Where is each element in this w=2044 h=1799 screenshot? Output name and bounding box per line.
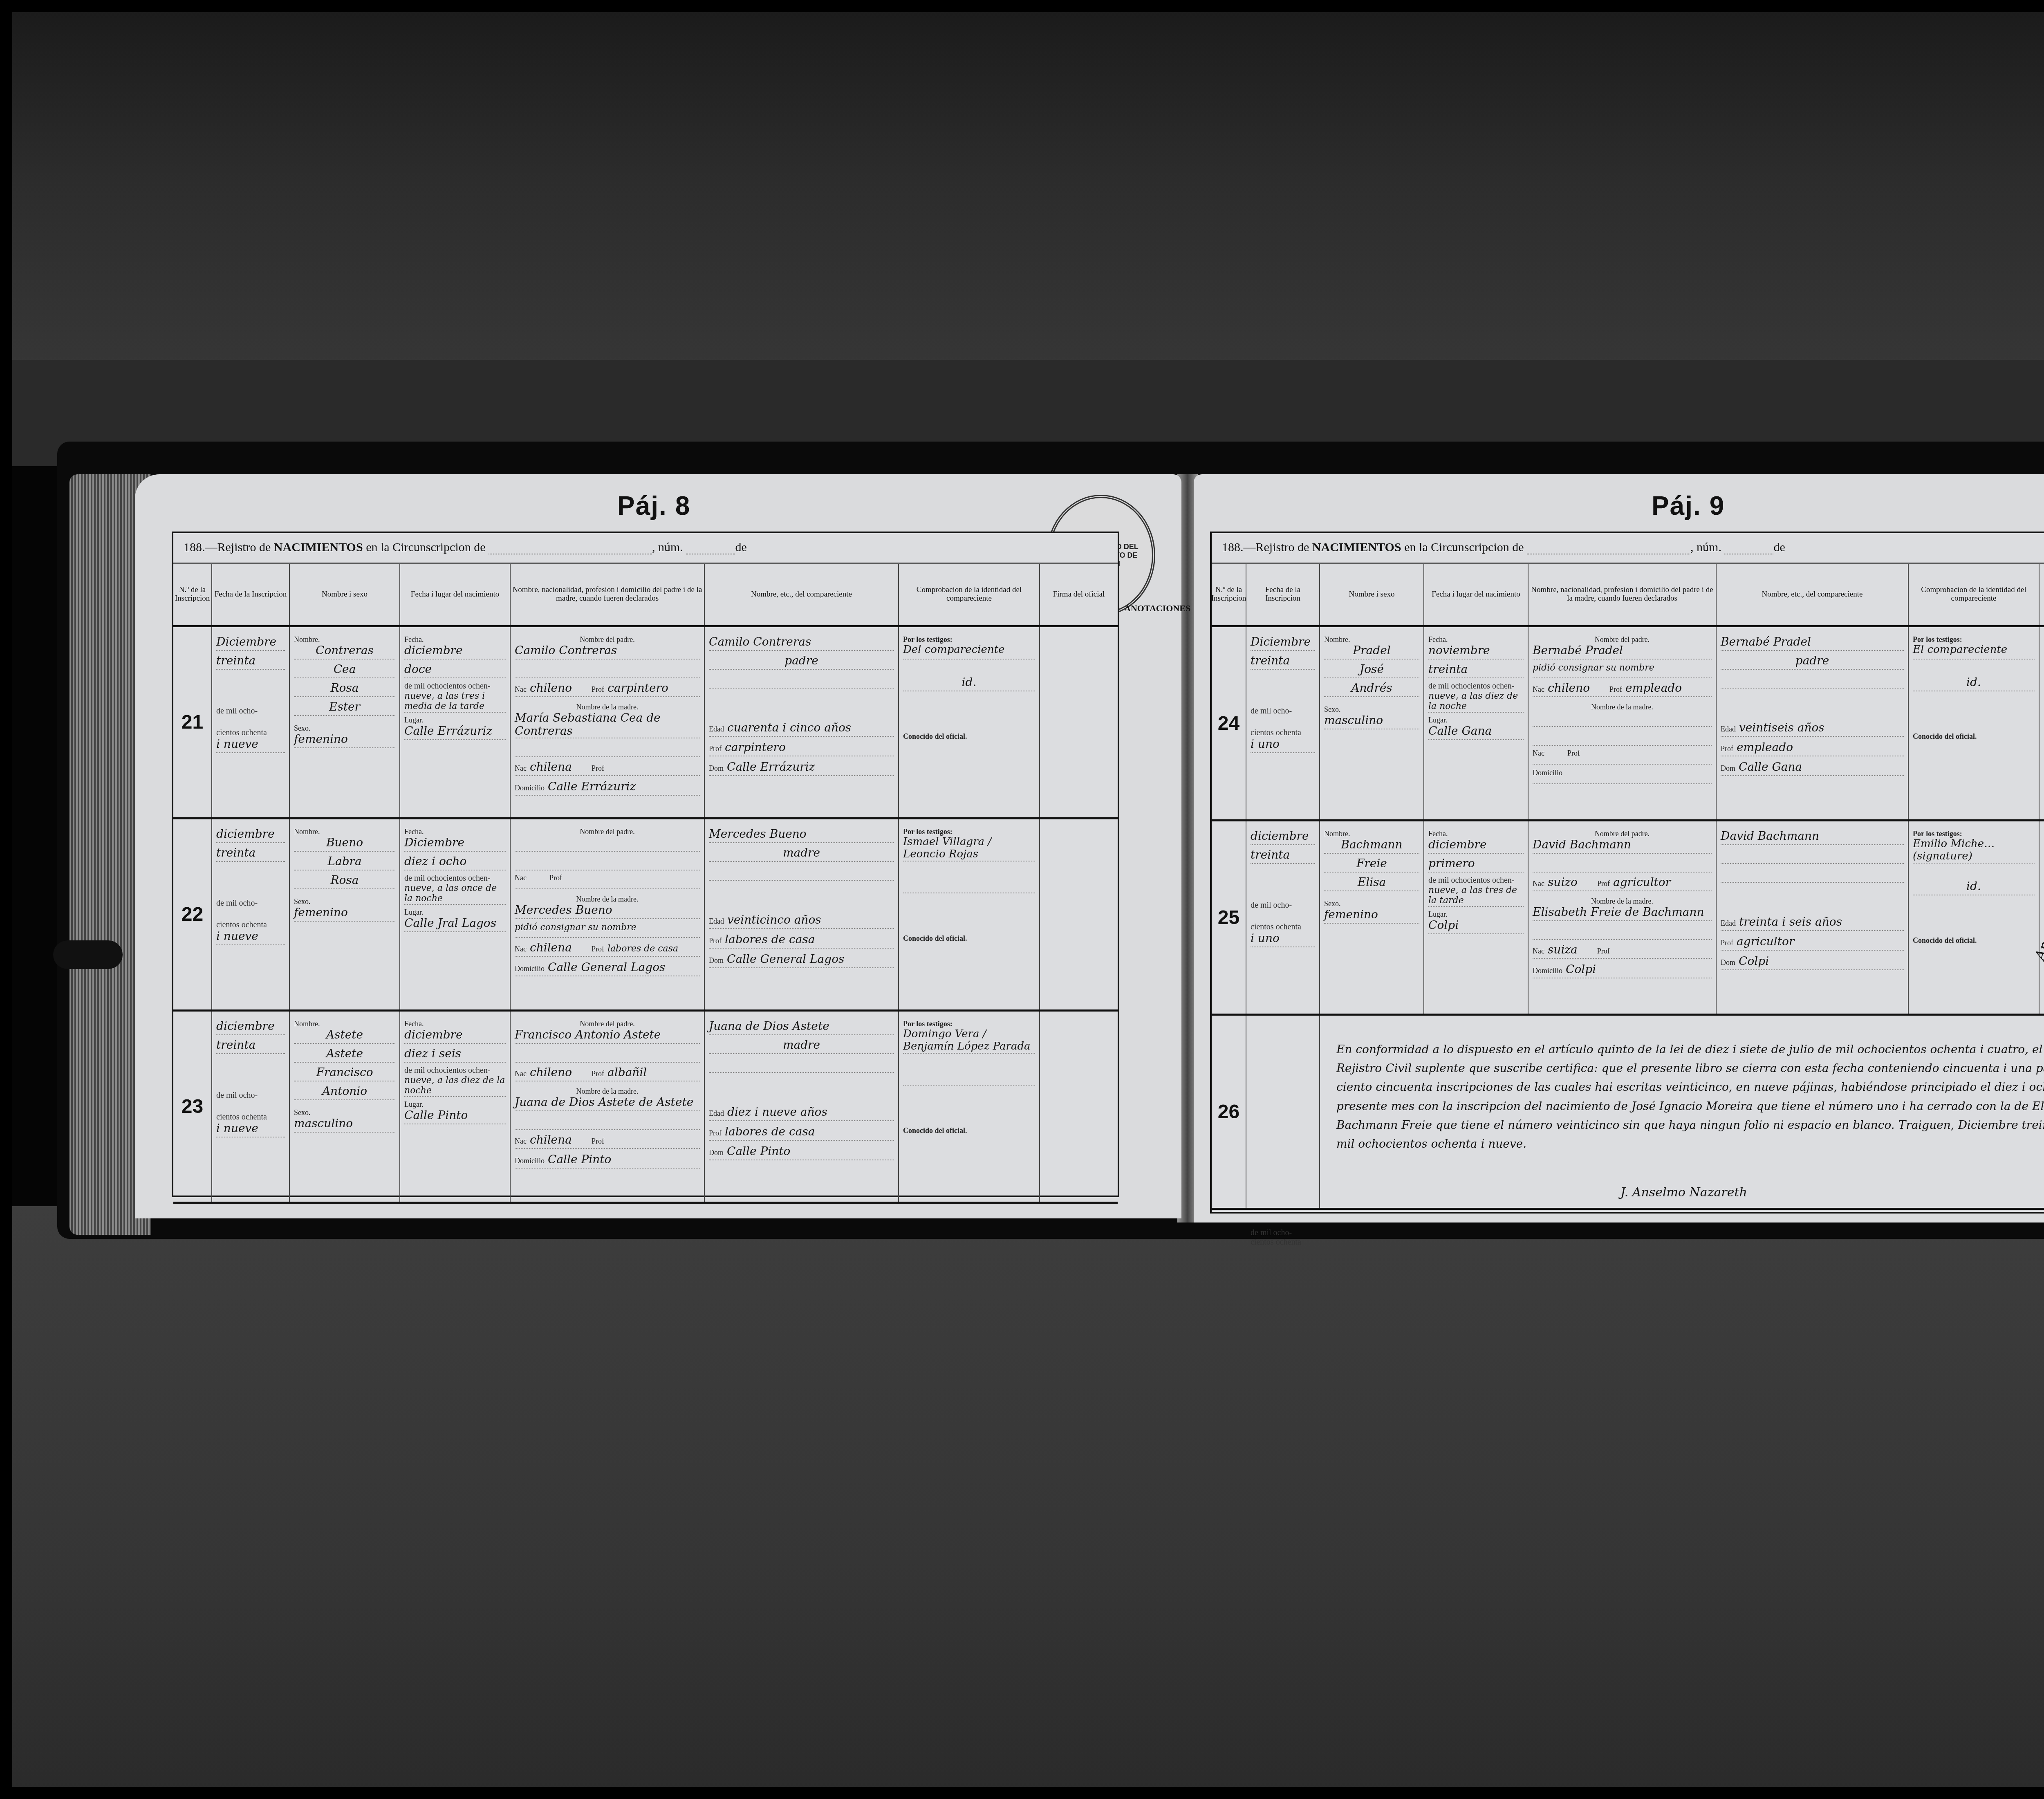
field-label: Dom xyxy=(709,956,724,965)
mother-note: pidió consignar su nombre xyxy=(515,922,700,938)
register-title-2: en la Circunscripcion de xyxy=(1401,541,1524,554)
field-label: Sexo. xyxy=(294,897,395,906)
register-title-bold: NACIMIENTOS xyxy=(274,541,363,554)
field-label: Dom xyxy=(709,1148,724,1157)
birth-date-line: diciembre xyxy=(404,644,506,659)
field-label: Lugar. xyxy=(404,716,506,725)
col-header: Nombre, nacionalidad, profesion i domici… xyxy=(1529,564,1717,625)
field-label: Lugar. xyxy=(404,908,506,917)
background-surface xyxy=(0,1206,2044,1799)
field-label: Edad xyxy=(1721,919,1736,928)
witnesses: Emilio Miche… (signature) xyxy=(1913,838,2035,864)
field-label: Conocido del oficial. xyxy=(903,934,1035,943)
identity-cell: Por los testigos:Emilio Miche… (signatur… xyxy=(1909,821,2040,1014)
witnesses: El compareciente xyxy=(1913,644,2035,659)
field-label: Sexo. xyxy=(294,1108,395,1117)
identity-cell: Por los testigos:El comparecienteid.Cono… xyxy=(1909,627,2040,819)
inscription-date-line: i nueve xyxy=(216,738,285,753)
field-label: Edad xyxy=(1721,725,1736,734)
col-header: Comprobacion de la identidad del compare… xyxy=(899,564,1040,625)
field-label: Domicilio xyxy=(515,784,545,792)
field-value: Calle General Lagos xyxy=(727,953,844,966)
name-line: Elisa xyxy=(1324,876,1419,891)
entry-number: 25 xyxy=(1212,821,1246,1014)
labeled-field: DomCalle Errázuriz xyxy=(709,760,894,776)
field-label: Conocido del oficial. xyxy=(1913,732,2035,741)
anotaciones-label: ANOTACIONES xyxy=(1124,603,1190,614)
father-nac: chileno xyxy=(530,682,572,695)
birth-place: Calle Errázuriz xyxy=(404,725,506,740)
birth-place: Colpi xyxy=(1428,919,1524,934)
father-name: David Bachmann xyxy=(1533,838,1712,854)
witness-mark xyxy=(903,878,1035,893)
father-nac: chileno xyxy=(530,1066,572,1079)
labeled-field: Edadcuarenta i cinco años xyxy=(709,721,894,737)
num-blank xyxy=(686,544,735,554)
declarant-relation: padre xyxy=(1721,654,1904,670)
name-line: Freie xyxy=(1324,857,1419,873)
field-label: Nombre de la madre. xyxy=(1533,703,1712,711)
field-label: Prof xyxy=(1567,749,1580,758)
witnesses: Domingo Vera / Benjamín López Parada xyxy=(903,1028,1035,1054)
father-name: Camilo Contreras xyxy=(515,644,700,659)
field-label: Nac xyxy=(515,945,527,953)
col-header: N.º de la Inscripcion xyxy=(173,564,212,625)
labeled-field: Edadveintiseis años xyxy=(1721,721,1904,737)
sex-value: femenino xyxy=(294,906,395,922)
declarant-cell: Mercedes BuenomadreEdadveinticinco añosP… xyxy=(705,819,899,1009)
labeled-field: DomCalle Gana xyxy=(1721,760,1904,776)
column-headers: N.º de la Inscripcion Fecha de la Inscri… xyxy=(173,564,1118,627)
table-row: 25diciembretreintade mil ocho-cientos oc… xyxy=(1212,821,2044,1016)
labeled-field: DomicilioCalle Pinto xyxy=(515,1153,700,1169)
field-value: veinticinco años xyxy=(727,913,821,926)
name-sex-cell: Nombre.AsteteAsteteFranciscoAntonioSexo.… xyxy=(290,1012,400,1202)
field-label: Nac xyxy=(515,1070,527,1078)
birth-date-line: diez i ocho xyxy=(404,855,506,870)
name-line: Ester xyxy=(294,700,395,716)
field-label: Nombre de la madre. xyxy=(515,703,700,711)
labeled-field: DomCalle Pinto xyxy=(709,1145,894,1160)
mother-nac: chilena xyxy=(530,1133,572,1146)
de-label: de xyxy=(1773,541,1785,554)
field-value: Calle General Lagos xyxy=(548,961,665,974)
name-sex-cell: Nombre.PradelJoséAndrésSexo.masculino xyxy=(1320,627,1424,819)
father-nac-prof: NacsuizoProfagricultor xyxy=(1533,876,1712,891)
birth-date-line: diciembre xyxy=(404,1028,506,1044)
field-value: Calle Errázuriz xyxy=(548,780,636,793)
inscription-date-line: diciembre xyxy=(216,828,285,843)
labeled-field: Profcarpintero xyxy=(709,741,894,756)
field-label: Nombre. xyxy=(1324,635,1419,644)
num-label: , núm. xyxy=(652,541,683,554)
field-label: Nombre de la madre. xyxy=(1533,897,1712,906)
field-label: Prof xyxy=(592,1070,604,1078)
declarant-cell: Bernabé PradelpadreEdadveintiseis añosPr… xyxy=(1717,627,1909,819)
field-label: Conocido del oficial. xyxy=(903,1126,1035,1135)
field-label: Por los testigos: xyxy=(1913,830,2035,838)
printed-text: de mil ocho- xyxy=(216,1091,285,1100)
col-header: Nombre i sexo xyxy=(1320,564,1424,625)
printed-text: de mil ocho- xyxy=(216,899,285,908)
labeled-field: Proflabores de casa xyxy=(709,933,894,949)
printed-text: cientos ochenta xyxy=(1251,922,1315,932)
printed-text: cientos ochenta xyxy=(216,728,285,738)
mother-nac: suiza xyxy=(1548,943,1578,956)
field-label: Edad xyxy=(709,917,724,926)
field-label: Por los testigos: xyxy=(903,1020,1035,1028)
mother-name: Juana de Dios Astete de Astete xyxy=(515,1096,700,1111)
field-label: Conocido del oficial. xyxy=(1913,936,2035,945)
name-line: Astete xyxy=(294,1047,395,1063)
witness-mark: id. xyxy=(1913,676,2035,691)
field-value: cuarenta i cinco años xyxy=(727,721,851,734)
printed-text: de mil ochocientos ochen- xyxy=(404,874,506,883)
father-nac-prof: NacchilenoProfalbañil xyxy=(515,1066,700,1081)
field-label: Nombre de la madre. xyxy=(515,895,700,904)
father-prof: albañil xyxy=(607,1066,647,1079)
declarant-relation: padre xyxy=(709,654,894,670)
name-line: Astete xyxy=(294,1028,395,1044)
name-line: Rosa xyxy=(294,682,395,697)
birth-place: Calle Gana xyxy=(1428,725,1524,740)
birth-time: nueve, a las diez de la noche xyxy=(1428,691,1524,713)
officer-signature-cell xyxy=(2040,821,2044,1014)
field-value: veintiseis años xyxy=(1739,721,1824,734)
field-label: Prof xyxy=(592,1137,604,1146)
father-prof: empleado xyxy=(1625,682,1682,695)
mother-nac-prof: NacchilenaProf xyxy=(515,1133,700,1149)
col-header: Firma del oficial xyxy=(1040,564,1118,625)
printed-text: cientos ochenta xyxy=(1251,1238,1315,1247)
name-line: Cea xyxy=(294,663,395,678)
field-value: Calle Gana xyxy=(1739,760,1802,774)
inscription-date-line: Diciembre xyxy=(1251,635,1315,651)
inscription-date-cell: Diciembretreintade mil ocho-cientos oche… xyxy=(212,627,290,817)
field-label: Sexo. xyxy=(1324,899,1419,908)
field-label: Prof xyxy=(709,745,722,753)
field-label: Edad xyxy=(709,725,724,734)
field-label: Nac xyxy=(1533,685,1544,694)
mother-nac: chilena xyxy=(530,941,572,954)
field-label: Domicilio xyxy=(1533,967,1562,975)
father-note xyxy=(1533,857,1712,873)
field-value: diez i nueve años xyxy=(727,1106,827,1119)
labeled-field: Proflabores de casa xyxy=(709,1125,894,1141)
name-sex-cell: Nombre.ContrerasCeaRosaEsterSexo.femenin… xyxy=(290,627,400,817)
page-8: Páj. 8 MUNICIPALIDAD DEL DEPARTAMENTO DE… xyxy=(135,474,1181,1218)
field-value: empleado xyxy=(1737,741,1793,754)
field-label: Nombre del padre. xyxy=(515,1020,700,1028)
father-note xyxy=(515,663,700,678)
sex-value: masculino xyxy=(294,1117,395,1133)
labeled-field: DomColpi xyxy=(1721,955,1904,970)
field-label: Dom xyxy=(709,764,724,773)
inscription-date-line: Diciembre xyxy=(216,635,285,651)
officer-signature-cell xyxy=(1040,1012,1118,1202)
father-name: Bernabé Pradel xyxy=(1533,644,1712,659)
field-label: Conocido del oficial. xyxy=(903,732,1035,741)
labeled-field: DomicilioCalle General Lagos xyxy=(515,961,700,976)
circunscripcion-blank xyxy=(1527,544,1690,554)
field-label: Prof xyxy=(549,874,562,882)
declarant-relation: madre xyxy=(709,1039,894,1054)
declarant-cell: Juana de Dios AstetemadreEdaddiez i nuev… xyxy=(705,1012,899,1202)
field-label: Nombre. xyxy=(294,1020,395,1028)
register-title: .—Rejistro de xyxy=(202,541,274,554)
declarant-name: David Bachmann xyxy=(1721,830,1904,845)
printed-text: de mil ochocientos ochen- xyxy=(404,682,506,691)
birth-date-line: diciembre xyxy=(1428,838,1524,854)
field-label: Fecha. xyxy=(404,635,506,644)
father-prof: carpintero xyxy=(607,682,668,695)
column-headers: N.º de la Inscripcion Fecha de la Inscri… xyxy=(1212,564,2044,627)
declarant-name: Mercedes Bueno xyxy=(709,828,894,843)
field-label: Prof xyxy=(592,685,604,694)
field-value: agricultor xyxy=(1737,935,1794,948)
printed-text: cientos ochenta xyxy=(1251,728,1315,738)
register-table: 188.—Rejistro de NACIMIENTOS en la Circu… xyxy=(1210,532,2044,1214)
father-nac: chileno xyxy=(1548,682,1590,695)
blank-line xyxy=(709,1057,894,1073)
printed-text: de mil ochocientos ochen- xyxy=(404,1066,506,1075)
blank-line xyxy=(709,673,894,689)
declarant-name: Camilo Contreras xyxy=(709,635,894,651)
labeled-field: DomicilioColpi xyxy=(1533,963,1712,978)
father-name xyxy=(515,836,700,852)
field-label: Domicilio xyxy=(515,965,545,973)
printed-text: de mil ochocientos ochen- xyxy=(1428,682,1524,691)
mother-note xyxy=(1533,924,1712,940)
page-9: Páj. 9 MUNICIPALIDAD DEL DEPARTAMENTO DE… xyxy=(1194,474,2044,1223)
field-label: Nac xyxy=(1533,947,1544,956)
labeled-field: Edadtreinta i seis años xyxy=(1721,915,1904,931)
inscription-date-line: i uno xyxy=(1251,932,1315,947)
table-row: 22diciembretreintade mil ocho-cientos oc… xyxy=(173,819,1118,1012)
birth-time: nueve, a las once de la noche xyxy=(404,883,506,905)
field-label: Fecha. xyxy=(404,828,506,836)
field-label: Nac xyxy=(1533,749,1544,758)
father-note xyxy=(515,1047,700,1063)
printed-text: de mil ocho- xyxy=(1251,1228,1315,1238)
field-label: Nombre. xyxy=(1324,830,1419,838)
field-label: Fecha. xyxy=(404,1020,506,1028)
field-label: Nombre de la madre. xyxy=(515,1087,700,1096)
officer-signature-cell xyxy=(1040,627,1118,817)
birth-cell: Fecha.diciembreprimerode mil ochocientos… xyxy=(1424,821,1529,1014)
page-title: Páj. 9 xyxy=(1652,491,1725,521)
inscription-date-cell: diciembretreintade mil ocho-cientos oche… xyxy=(212,819,290,1009)
birth-date-line: noviembre xyxy=(1428,644,1524,659)
field-label: Prof xyxy=(1597,947,1610,956)
name-line: Antonio xyxy=(294,1085,395,1100)
field-label: Prof xyxy=(709,937,722,945)
father-note xyxy=(515,855,700,870)
name-line: Bachmann xyxy=(1324,838,1419,854)
book-clip-left xyxy=(53,940,123,969)
inscription-date-line: treinta xyxy=(1251,848,1315,864)
table-row: 23diciembretreintade mil ocho-cientos oc… xyxy=(173,1012,1118,1204)
field-value: Calle Pinto xyxy=(548,1153,611,1166)
identity-cell: Por los testigos:Domingo Vera / Benjamín… xyxy=(899,1012,1040,1202)
blank-line xyxy=(1721,867,1904,883)
birth-cell: Fecha.Diciembrediez i ochode mil ochocie… xyxy=(400,819,511,1009)
year-prefix: 188 xyxy=(1222,541,1240,554)
father-nac: suizo xyxy=(1548,876,1578,889)
labeled-field: Domicilio xyxy=(1533,769,1712,784)
field-label: Nombre del padre. xyxy=(1533,635,1712,644)
sex-value: femenino xyxy=(1324,908,1419,924)
mother-nac-prof: NacsuizaProf xyxy=(1533,943,1712,959)
field-label: Dom xyxy=(1721,958,1735,967)
mother-name xyxy=(1533,711,1712,727)
inscription-date-cell: Diciembretreintade mil ocho-cientos oche… xyxy=(1246,627,1320,819)
inscription-date-line: i nueve xyxy=(216,1122,285,1137)
mother-nac: chilena xyxy=(530,760,572,774)
register-table: 188.—Rejistro de NACIMIENTOS en la Circu… xyxy=(172,532,1119,1197)
entry-number: 26 xyxy=(1212,1016,1246,1208)
witness-mark: id. xyxy=(1913,880,2035,895)
name-line: Bueno xyxy=(294,836,395,852)
name-line: Rosa xyxy=(294,874,395,889)
declarant-name: Bernabé Pradel xyxy=(1721,635,1904,651)
inscription-date-cell: diciembretreintade mil ocho-cientos oche… xyxy=(1246,821,1320,1014)
field-label: Nombre del padre. xyxy=(515,635,700,644)
father-note: pidió consignar su nombre xyxy=(1533,663,1712,678)
field-label: Fecha. xyxy=(1428,635,1524,644)
field-label: Sexo. xyxy=(1324,705,1419,714)
mother-name: Elisabeth Freie de Bachmann xyxy=(1533,906,1712,921)
field-value: Calle Pinto xyxy=(727,1145,790,1158)
entry-number: 24 xyxy=(1212,627,1246,819)
field-label: Nac xyxy=(515,1137,527,1146)
sex-value: masculino xyxy=(1324,714,1419,729)
field-label: Prof xyxy=(592,945,604,953)
field-label: Nac xyxy=(515,764,527,773)
printed-text: cientos ochenta xyxy=(216,1113,285,1122)
field-label: Nac xyxy=(515,685,527,694)
printed-text: de mil ocho- xyxy=(1251,901,1315,910)
father-nac-prof: NacchilenoProfcarpintero xyxy=(515,682,700,697)
field-label: Prof xyxy=(1721,939,1733,947)
field-label: Nombre del padre. xyxy=(515,828,700,836)
col-header: Firma del oficial xyxy=(2040,564,2044,625)
field-label: Lugar. xyxy=(1428,716,1524,725)
identity-cell: Por los testigos:Ismael Villagra / Leonc… xyxy=(899,819,1040,1009)
register-header: 188.—Rejistro de NACIMIENTOS en la Circu… xyxy=(1212,533,2044,564)
witnesses: Del compareciente xyxy=(903,644,1035,659)
inscription-date-line: treinta xyxy=(216,846,285,862)
col-header: Comprobacion de la identidad del compare… xyxy=(1909,564,2040,625)
name-line: Pradel xyxy=(1324,644,1419,659)
field-label: Por los testigos: xyxy=(1913,635,2035,644)
col-header: Fecha i lugar del nacimiento xyxy=(1424,564,1529,625)
closing-signature: J. Anselmo Nazareth xyxy=(1620,1185,1747,1200)
birth-place: Calle Jral Lagos xyxy=(404,917,506,932)
mother-note xyxy=(515,1115,700,1130)
col-header: Nombre, etc., del compareciente xyxy=(1717,564,1909,625)
field-label: Nombre. xyxy=(294,635,395,644)
name-line: Labra xyxy=(294,855,395,870)
field-label: Dom xyxy=(1721,764,1735,773)
table-row: 21Diciembretreintade mil ocho-cientos oc… xyxy=(173,627,1118,819)
entry-number: 22 xyxy=(173,819,212,1009)
closing-certification: En conformidad a lo dispuesto en el artí… xyxy=(1320,1016,2044,1208)
father-nac-prof: NacProf xyxy=(515,874,700,889)
witness-mark xyxy=(903,1070,1035,1086)
inscription-date-cell: de mil ocho-cientos ochenta xyxy=(1246,1016,1320,1208)
mother-name: María Sebastiana Cea de Contreras xyxy=(515,711,700,738)
birth-cell: Fecha.diciembredocede mil ochocientos oc… xyxy=(400,627,511,817)
field-label: Fecha. xyxy=(1428,830,1524,838)
printed-text: de mil ocho- xyxy=(216,707,285,716)
birth-time: nueve, a las tres de la tarde xyxy=(1428,885,1524,907)
printed-text: cientos ochenta xyxy=(216,920,285,930)
birth-date-line: doce xyxy=(404,663,506,678)
register-header: 188.—Rejistro de NACIMIENTOS en la Circu… xyxy=(173,533,1118,564)
father-prof: agricultor xyxy=(1613,876,1671,889)
num-blank xyxy=(1724,544,1773,554)
witness-mark: id. xyxy=(903,676,1035,691)
inscription-date-line: treinta xyxy=(216,654,285,670)
inscription-date-line: diciembre xyxy=(1251,830,1315,845)
birth-date-line: primero xyxy=(1428,857,1524,873)
blank-line xyxy=(1721,673,1904,689)
birth-date-line: treinta xyxy=(1428,663,1524,678)
field-label: Lugar. xyxy=(1428,910,1524,919)
field-value: labores de casa xyxy=(725,1125,815,1138)
col-header: Nombre i sexo xyxy=(290,564,400,625)
field-value: Calle Errázuriz xyxy=(727,760,815,774)
num-label: , núm. xyxy=(1690,541,1721,554)
birth-time: nueve, a las tres i media de la tarde xyxy=(404,691,506,713)
birth-cell: Fecha.noviembretreintade mil ochocientos… xyxy=(1424,627,1529,819)
col-header: Fecha i lugar del nacimiento xyxy=(400,564,511,625)
col-header: Nombre, etc., del compareciente xyxy=(705,564,899,625)
father-name: Francisco Antonio Astete xyxy=(515,1028,700,1044)
field-label: Domicilio xyxy=(1533,769,1562,777)
father-nac-prof: NacchilenoProfempleado xyxy=(1533,682,1712,697)
field-value: Colpi xyxy=(1739,955,1769,968)
parents-cell: Nombre del padre.David BachmannNacsuizoP… xyxy=(1529,821,1717,1014)
parents-cell: Nombre del padre.Francisco Antonio Astet… xyxy=(511,1012,705,1202)
inscription-date-line: treinta xyxy=(216,1039,285,1054)
field-label: Prof xyxy=(1609,685,1622,694)
register-title-bold: NACIMIENTOS xyxy=(1312,541,1401,554)
sex-value: femenino xyxy=(294,733,395,748)
officer-signature-cell xyxy=(1040,819,1118,1009)
blank-line xyxy=(709,865,894,881)
birth-cell: Fecha.diciembrediez i seisde mil ochocie… xyxy=(400,1012,511,1202)
birth-date-line: Diciembre xyxy=(404,836,506,852)
entry-number: 21 xyxy=(173,627,212,817)
declarant-cell: Camilo ContreraspadreEdadcuarenta i cinc… xyxy=(705,627,899,817)
table-row: 24Diciembretreintade mil ocho-cientos oc… xyxy=(1212,627,2044,821)
page-title: Páj. 8 xyxy=(617,491,690,521)
col-header: N.º de la Inscripcion xyxy=(1212,564,1246,625)
field-label: Por los testigos: xyxy=(903,635,1035,644)
declarant-cell: David BachmannEdadtreinta i seis añosPro… xyxy=(1717,821,1909,1014)
entry-number: 23 xyxy=(173,1012,212,1202)
name-line: Contreras xyxy=(294,644,395,659)
mother-nac-prof: NacProf xyxy=(1533,749,1712,765)
printed-text: de mil ochocientos ochen- xyxy=(1428,876,1524,885)
mother-nac-prof: NacchilenaProflabores de casa xyxy=(515,941,700,957)
mother-prof: labores de casa xyxy=(607,944,678,954)
declarant-relation: madre xyxy=(709,846,894,862)
table-row: 26de mil ocho-cientos ochentaEn conformi… xyxy=(1212,1016,2044,1210)
parents-cell: Nombre del padre.NacProfNombre de la mad… xyxy=(511,819,705,1009)
